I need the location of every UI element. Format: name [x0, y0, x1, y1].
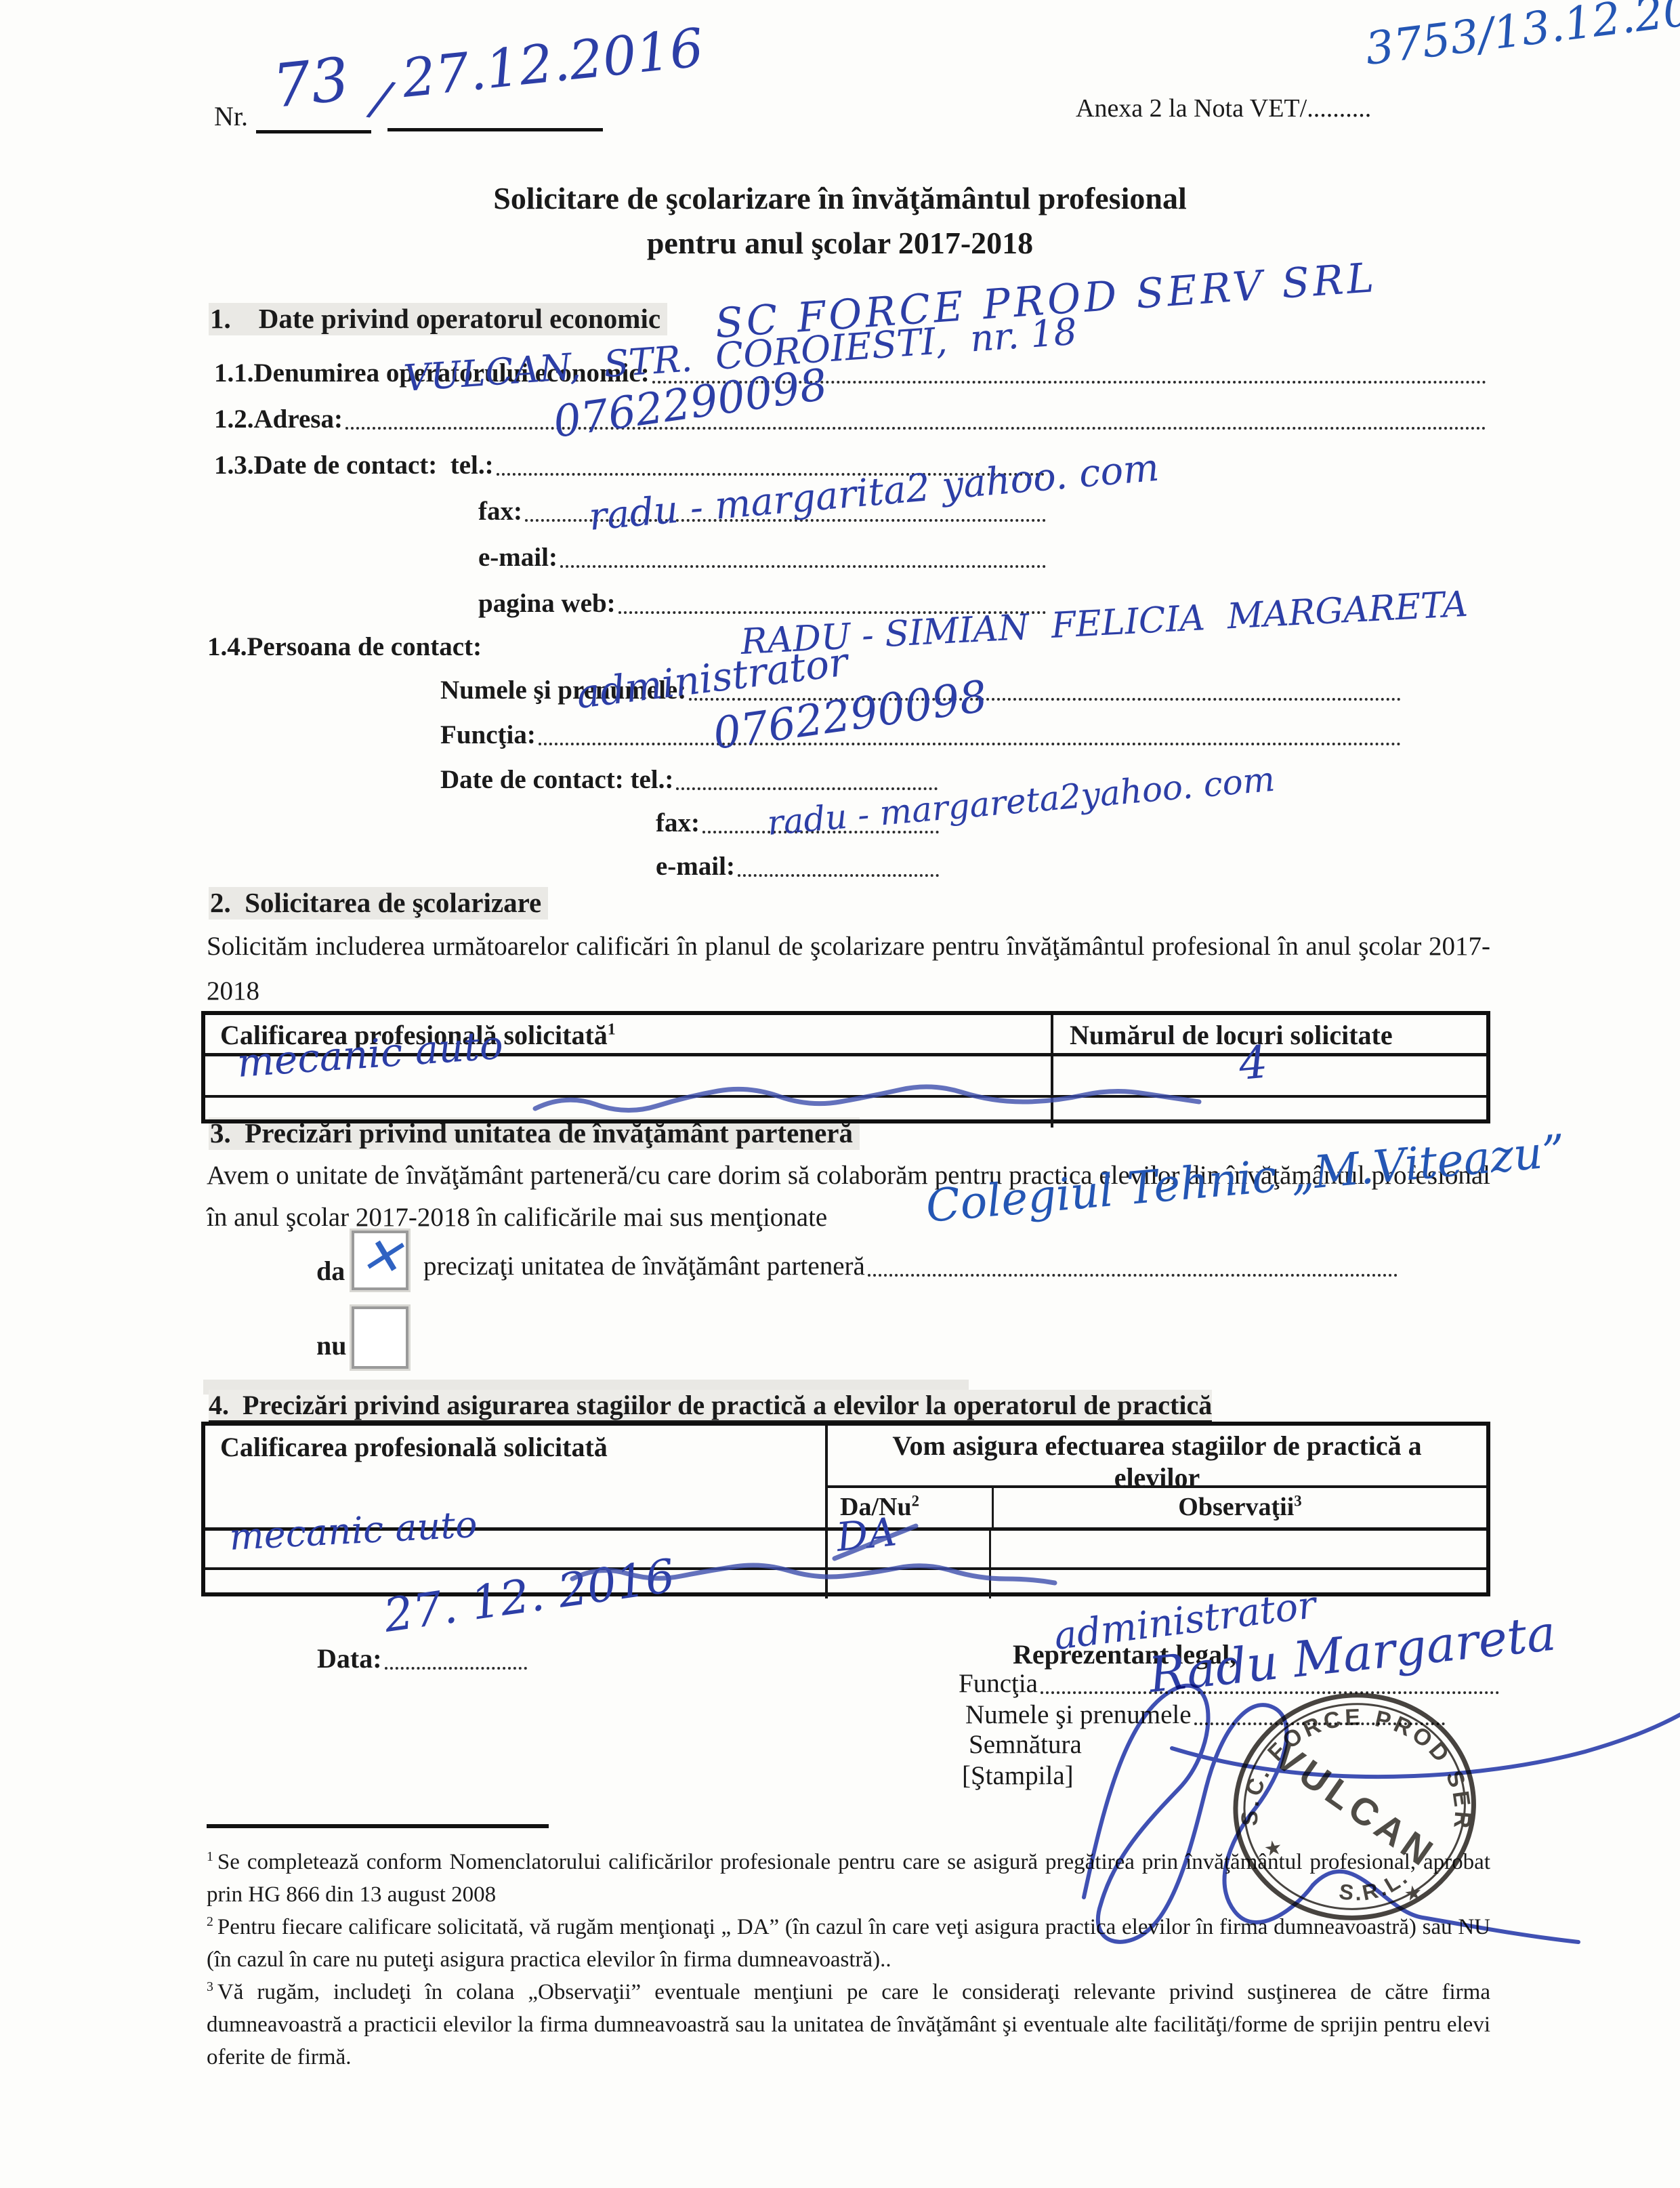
signature-stroke-4: [1172, 1711, 1680, 1777]
strikethrough-wave-1: [535, 1087, 1199, 1111]
signature-stroke-2: [1206, 1705, 1313, 1922]
da-strike-line: [835, 1526, 916, 1559]
signature-stroke-1: [1084, 1686, 1209, 1942]
signature: [1043, 1640, 1680, 1952]
strikethrough-wave-2: [572, 1565, 1055, 1583]
scanned-form-page: Nr. 73 / 27.12.2016 Anexa 2 la Nota VET/…: [0, 0, 1680, 2188]
signature-stroke-3: [1313, 1872, 1578, 1942]
